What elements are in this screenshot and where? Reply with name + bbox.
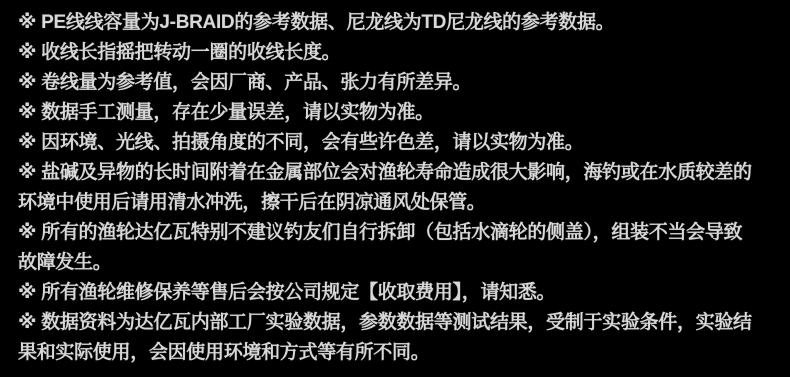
disclaimer-note-line: ※ 数据手工测量，存在少量误差，请以实物为准。 <box>18 98 780 128</box>
disclaimer-note-line: ※ 数据资料为达亿瓦内部工厂实验数据，参数数据等测试结果，受制于实验条件，实验结 <box>18 308 780 338</box>
disclaimer-note-line: ※ 收线长指摇把转动一圈的收线长度。 <box>18 38 780 68</box>
disclaimer-note-line-continuation: 果和实际使用，会因使用环境和方式等有所不同。 <box>18 338 780 368</box>
disclaimer-note-line-continuation: 环境中使用后请用清水冲洗，擦干后在阴凉通风处保管。 <box>18 188 780 218</box>
disclaimer-note-line: ※ 所有渔轮维修保养等售后会按公司规定【收取费用】，请知悉。 <box>18 278 780 308</box>
disclaimer-screen: ※ PE线线容量为J-BRAID的参考数据、尼龙线为TD尼龙线的参考数据。 ※ … <box>0 0 790 377</box>
disclaimer-panel: ※ PE线线容量为J-BRAID的参考数据、尼龙线为TD尼龙线的参考数据。 ※ … <box>18 8 780 368</box>
disclaimer-note-line: ※ 所有的渔轮达亿瓦特别不建议钓友们自行拆卸（包括水滴轮的侧盖），组装不当会导致 <box>18 218 780 248</box>
disclaimer-note-line: ※ PE线线容量为J-BRAID的参考数据、尼龙线为TD尼龙线的参考数据。 <box>18 8 780 38</box>
disclaimer-note-line: ※ 因环境、光线、拍摄角度的不同，会有些许色差，请以实物为准。 <box>18 128 780 158</box>
disclaimer-note-line: ※ 卷线量为参考值，会因厂商、产品、张力有所差异。 <box>18 68 780 98</box>
disclaimer-note-line-continuation: 故障发生。 <box>18 248 780 278</box>
disclaimer-note-line: ※ 盐碱及异物的长时间附着在金属部位会对渔轮寿命造成很大影响，海钓或在水质较差的 <box>18 158 780 188</box>
